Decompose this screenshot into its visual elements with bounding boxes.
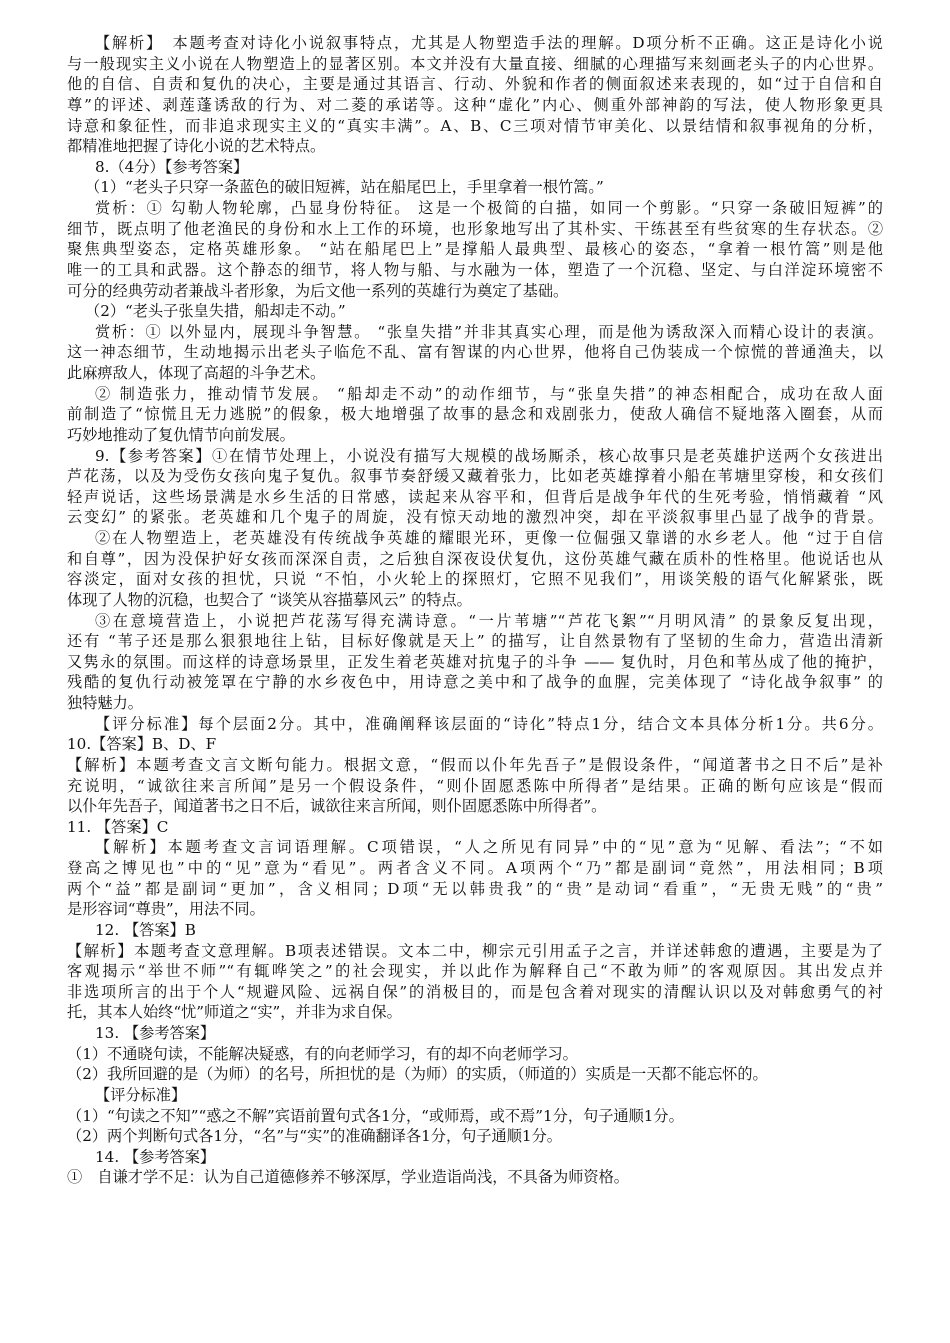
- text-line: 可分的经典劳动者兼战斗者形象，为后文他一系列的英雄行为奠定了基础。: [67, 281, 883, 302]
- text-line: 与一般现实主义小说在人物塑造上的显著区别。本文并没有大量直接、细腻的心理描写来刻…: [67, 54, 883, 75]
- text-line: （2）我所回避的是（为师）的名号，所担忧的是（为师）的实质，（师道的）实质是一天…: [67, 1064, 883, 1085]
- text-line: 这一神态细节，生动地揭示出老头子临危不乱、富有智谋的内心世界，他将自己伪装成一个…: [67, 342, 883, 363]
- text-line: 两个“益”都是副词“更加”，含义相同；D项“无以韩贵我”的“贵”是动词“看重”，…: [67, 879, 883, 900]
- text-line: ②在人物塑造上，老英雄没有传统战争英雄的耀眼光环，更像一位倔强又靠谱的水乡老人。…: [67, 528, 883, 549]
- text-line: 是形容词“尊贵”，用法不同。: [67, 899, 883, 920]
- text-line: 13. 【参考答案】: [67, 1023, 883, 1044]
- text-line: 唯一的工具和武器。这个静态的细节，将人物与船、与水融为一体，塑造了一个沉稳、坚定…: [67, 260, 883, 281]
- text-line: 云变幻” 的紧张。老英雄和几个鬼子的周旋，没有惊天动地的激烈冲突，却在平淡叙事里…: [67, 507, 883, 528]
- text-line: 【评分标准】: [67, 1085, 883, 1106]
- text-line: 客观揭示“举世不师”“有辄哗笑之”的社会现实，并以此作为解释自己“不敢为师”的客…: [67, 961, 883, 982]
- text-line: 独特魅力。: [67, 693, 883, 714]
- text-line: 体现了人物的沉稳，也契合了 “谈笑从容描摹风云” 的特点。: [67, 590, 883, 611]
- text-line: 前制造了“惊慌且无力逃脱”的假象，极大地增强了故事的悬念和戏剧张力，使敌人确信不…: [67, 404, 883, 425]
- text-line: 【解析】本题考查文意理解。B项表述错误。文本二中，柳宗元引用孟子之言，并详述韩愈…: [67, 941, 883, 962]
- text-line: 8.（4分）【参考答案】: [67, 157, 883, 178]
- text-line: （1）不通晓句读，不能解决疑惑，有的向老师学习，有的却不向老师学习。: [67, 1044, 883, 1065]
- text-line: （2）“老头子张皇失措，船却走不动。”: [67, 301, 883, 322]
- text-line: 容淡定，面对女孩的担忧，只说 “不怕，小火轮上的探照灯，它照不见我们”，用谈笑般…: [67, 569, 883, 590]
- text-line: ② 制造张力，推动情节发展。 “船却走不动”的动作细节，与“张皇失措”的神态相配…: [67, 384, 883, 405]
- text-line: 他的自信、自责和复仇的决心，主要是通过其语言、行动、外貌和作者的侧面叙述来表现的…: [67, 74, 883, 95]
- text-line: 巧妙地推动了复仇情节向前发展。: [67, 425, 883, 446]
- text-line: 尊”的评述、剥莲蓬诱敌的行为、对二菱的承诺等。这种“虚化”内心、侧重外部神韵的写…: [67, 95, 883, 116]
- text-line: 芦花荡，以及为受伤女孩向鬼子复仇。叙事节奏舒缓又藏着张力，比如老英雄撑着小船在苇…: [67, 466, 883, 487]
- text-line: （1）“句读之不知”“惑之不解”宾语前置句式各1分，“或师焉，或不焉”1分，句子…: [67, 1106, 883, 1127]
- text-line: 托，其本人始终“忧”师道之“实”，并非为求自保。: [67, 1002, 883, 1023]
- text-line: 【解析】本题考查文言文断句能力。根据文意，“假而以仆年先吾子”是假设条件，“闻道…: [67, 755, 883, 776]
- text-line: ① 自谦才学不足：认为自己道德修养不够深厚，学业造诣尚浅，不具备为师资格。: [67, 1167, 883, 1188]
- text-line: 14. 【参考答案】: [67, 1147, 883, 1168]
- text-line: 细节，既点明了他老渔民的身份和水上工作的环境，也形象地写出了其朴实、干练甚至有些…: [67, 219, 883, 240]
- text-line: 充说明，“诚欲往来言所闻”是另一个假设条件，“则仆固愿悉陈中所得者”是结果。正确…: [67, 776, 883, 797]
- document-page: 【解析】 本题考查对诗化小说叙事特点，尤其是人物塑造手法的理解。D项分析不正确。…: [67, 33, 883, 1188]
- text-line: 都精准地把握了诗化小说的艺术特点。: [67, 136, 883, 157]
- text-line: 轻声说话，这些场景满是水乡生活的日常感，读起来从容平和，但背后是战争年代的生死考…: [67, 487, 883, 508]
- text-line: 聚焦典型姿态，定格英雄形象。 “站在船尾巴上”是撑船人最典型、最核心的姿态，“拿…: [67, 239, 883, 260]
- text-line: 诗意和象征性，而非追求现实主义的“真实丰满”。A、B、C三项对情节审美化、以景结…: [67, 116, 883, 137]
- text-line: 【评分标准】每个层面2分。其中，准确阐释该层面的“诗化”特点1分，结合文本具体分…: [67, 714, 883, 735]
- text-line: 非选项所言的出于个人“规避风险、远祸自保”的消极目的，而是包含着对现实的清醒认识…: [67, 982, 883, 1003]
- text-line: 和自尊”，因为没保护好女孩而深深自责，之后独自深夜设伏复仇，这份英雄气藏在质朴的…: [67, 549, 883, 570]
- text-line: 赏析：① 勾勒人物轮廓，凸显身份特征。 这是一个极简的白描，如同一个剪影。“只穿…: [67, 198, 883, 219]
- text-line: 又隽永的氛围。而这样的诗意场景里，正发生着老英雄对抗鬼子的斗争 —— 复仇时，月…: [67, 652, 883, 673]
- text-line: 【解析】本题考查文言词语理解。C项错误，“人之所见有同异”中的“见”意为“见解、…: [67, 837, 883, 858]
- text-line: 【解析】 本题考查对诗化小说叙事特点，尤其是人物塑造手法的理解。D项分析不正确。…: [67, 33, 883, 54]
- text-line: 此麻痹敌人，体现了高超的斗争艺术。: [67, 363, 883, 384]
- text-line: 赏析：① 以外显内，展现斗争智慧。 “张皇失措”并非其真实心理，而是他为诱敌深入…: [67, 322, 883, 343]
- text-line: 登高之博见也”中的“见”意为“看见”。两者含义不同。A项两个“乃”都是副词“竟然…: [67, 858, 883, 879]
- text-line: 残酷的复仇行动被笼罩在宁静的水乡夜色中，用诗意之美中和了战争的血腥，完美体现了 …: [67, 672, 883, 693]
- text-line: 12. 【答案】B: [67, 920, 883, 941]
- text-line: 10.【答案】B、D、F: [67, 734, 883, 755]
- text-line: 9.【参考答案】①在情节处理上，小说没有描写大规模的战场厮杀，核心故事只是老英雄…: [67, 446, 883, 467]
- text-line: （1）“老头子只穿一条蓝色的破旧短裤，站在船尾巴上，手里拿着一根竹篙。”: [67, 177, 883, 198]
- text-line: 11. 【答案】C: [67, 817, 883, 838]
- text-line: 以仆年先吾子，闻道著书之日不后，诚欲往来言所闻，则仆固愿悉陈中所得者”。: [67, 796, 883, 817]
- text-line: 还有 “苇子还是那么狠狠地往上钻，目标好像就是天上” 的描写，让自然景物有了坚韧…: [67, 631, 883, 652]
- text-line: ③在意境营造上，小说把芦花荡写得充满诗意。“一片苇塘”“芦花飞絮”“月明风清” …: [67, 611, 883, 632]
- text-line: （2）两个判断句式各1分，“名”与“实”的准确翻译各1分，句子通顺1分。: [67, 1126, 883, 1147]
